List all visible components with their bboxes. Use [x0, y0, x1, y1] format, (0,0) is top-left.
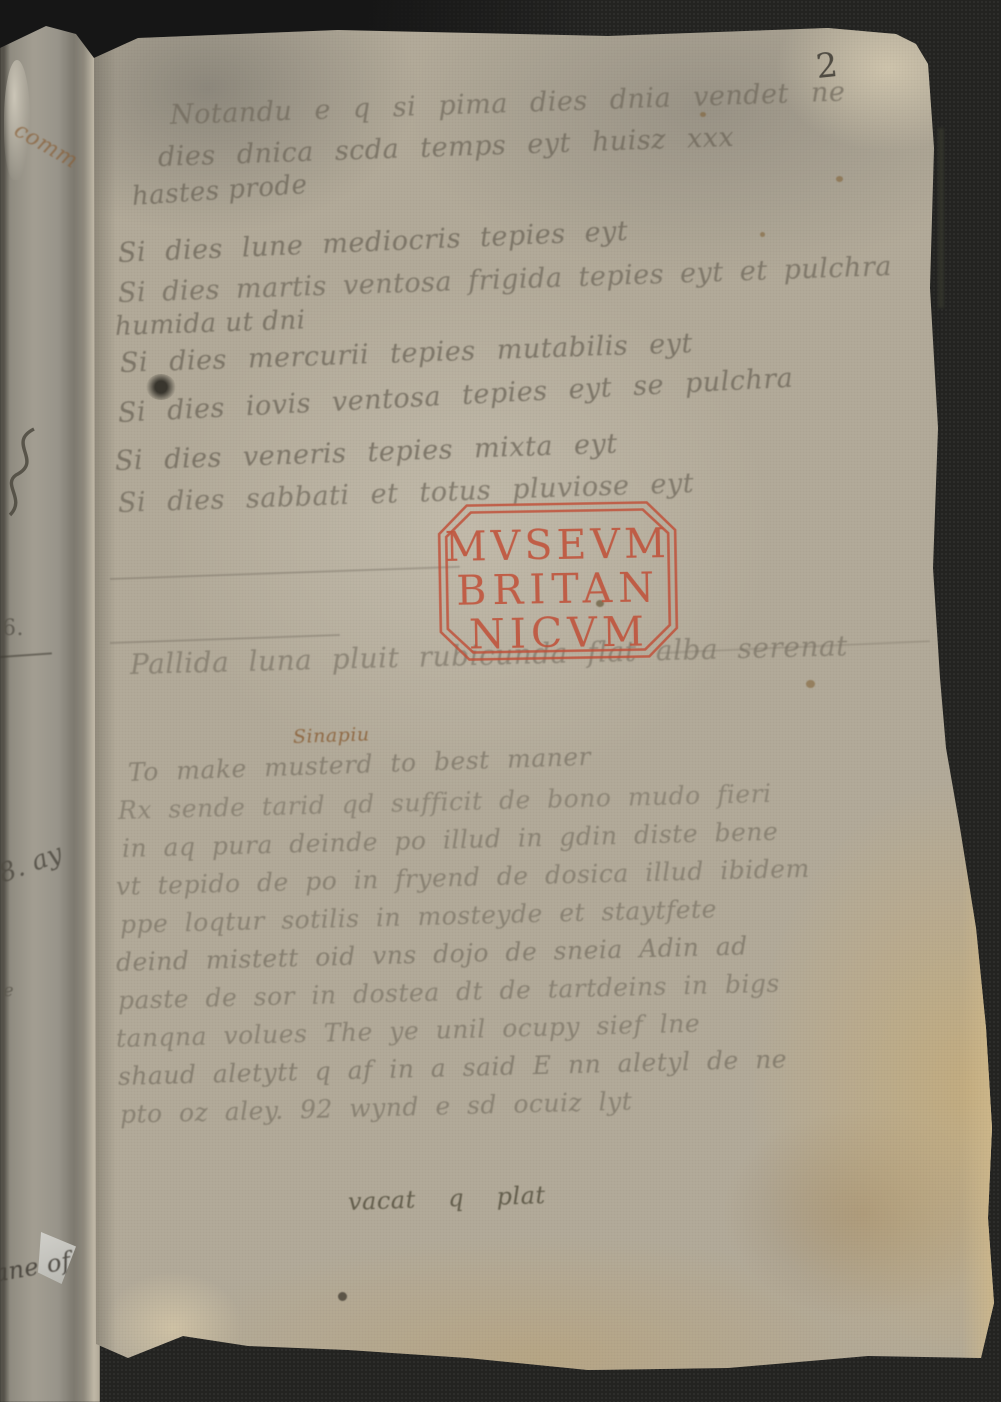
manuscript-photo: 2 Notandu e q si pima dies dnia vendet n…	[0, 0, 1001, 1402]
margin-fragment-6: 6.	[2, 616, 24, 641]
stamp-text-line-3: NICVM	[468, 607, 649, 658]
stain-speck	[836, 176, 843, 182]
museum-stamp: MVSEVM BRITAN NICVM	[436, 499, 681, 663]
ms-recipe-heading: Sinapiu	[293, 723, 370, 748]
margin-fragment-e: e	[3, 980, 14, 1001]
stain-speck	[338, 1292, 347, 1301]
stain-speck	[806, 680, 815, 688]
edge-shadow-streak	[938, 128, 944, 308]
ink-blot	[146, 374, 176, 400]
pen-trial-flourish	[0, 425, 52, 520]
left-folio-edge	[0, 18, 100, 1402]
stain-speck	[700, 112, 706, 117]
stain-speck	[760, 232, 765, 237]
